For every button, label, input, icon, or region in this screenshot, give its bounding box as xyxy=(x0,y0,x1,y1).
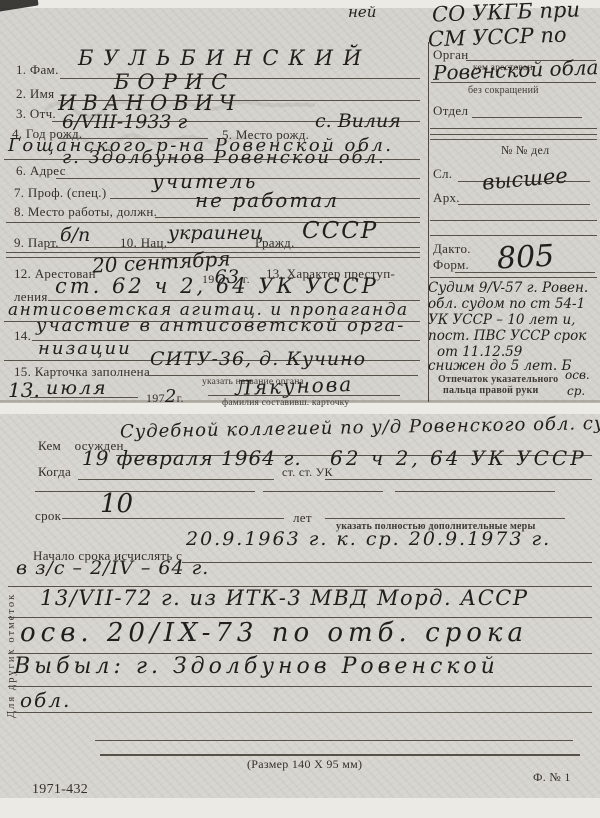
crime-description-line3: низации xyxy=(38,338,132,359)
filled-month-value: июля xyxy=(46,377,108,399)
side-note-other-marks: Для других отметок xyxy=(6,462,17,718)
prior-conviction-note-fragment: ср. xyxy=(567,384,585,398)
citizenship-label: Гражд. xyxy=(255,235,295,251)
rule-line xyxy=(8,686,592,687)
rule-line xyxy=(8,712,592,713)
form-code-handwriting: 805 xyxy=(496,239,555,277)
rule-line xyxy=(431,82,596,83)
rule-line xyxy=(430,128,597,129)
rule-line xyxy=(325,479,592,480)
stray-handwriting: ней xyxy=(348,3,376,21)
articles-label: ст. ст. УК xyxy=(282,465,333,480)
double-rule xyxy=(430,134,597,140)
birth-place-value: с. Вилия xyxy=(315,110,401,132)
term-label: срок xyxy=(35,508,61,524)
organ-hint-no-abbrev: без сокращений xyxy=(468,85,539,96)
rule-line xyxy=(263,491,383,492)
crime-articles-value: ст. 62 ч 2, 64 УК УССР xyxy=(55,274,379,298)
rule-line xyxy=(430,277,597,278)
prior-conviction-note-fragment: осв. xyxy=(565,368,590,382)
prior-conviction-note-line: снижен до 5 лет. Б xyxy=(428,358,571,374)
arh-label: Арх. xyxy=(433,190,460,206)
filled-year-composite: 1972г. xyxy=(146,386,184,407)
birth-date-value: 6/VIII-1933 г xyxy=(62,111,187,133)
rule-line xyxy=(430,235,597,236)
party-label: 9. Парт. xyxy=(14,235,59,251)
first-name-label: 2. Имя xyxy=(16,86,54,102)
case-numbers-label: № № дел xyxy=(501,143,549,158)
otdel-label: Отдел xyxy=(433,103,468,119)
field14-label: 14. xyxy=(14,328,31,344)
when-label: Когда xyxy=(38,464,71,480)
rule-line xyxy=(155,217,420,218)
address-value: г. Здолбунов Ровенской обл. xyxy=(62,147,386,168)
years-label: лет xyxy=(293,510,312,526)
rule-line xyxy=(395,491,555,492)
citizenship-value: СССР xyxy=(302,218,378,244)
rule-line xyxy=(30,397,138,398)
nationality-value: украинец xyxy=(168,222,263,244)
term-note-line1: в з/с – 2/IV – 64 г. xyxy=(16,557,209,579)
column-divider xyxy=(428,42,429,402)
compiler-hint: фамилия составивш. карточку xyxy=(222,398,349,408)
rule-line xyxy=(78,479,274,480)
rule-line xyxy=(35,491,255,492)
address-label: 6. Адрес xyxy=(16,163,66,179)
filled-day-value: 13. xyxy=(8,378,40,402)
rule-line xyxy=(182,562,592,563)
prior-conviction-note-line: пост. ПВС УССР срок xyxy=(428,328,586,344)
rule-line xyxy=(430,220,597,221)
patronymic-label: 3. Отч. xyxy=(16,106,56,122)
printed-year-suffix: г. xyxy=(177,391,184,405)
rule-line xyxy=(325,518,565,519)
articles-value: 62 ч 2, 64 УК УССР xyxy=(330,446,587,470)
prior-conviction-note-line: обл. судом по ст 54-1 xyxy=(428,296,585,312)
card-size-note: (Размер 140 Х 95 мм) xyxy=(247,757,362,772)
rule-line xyxy=(458,204,590,205)
workplace-label: 8. Место работы, должн. xyxy=(14,204,157,220)
prior-conviction-note-line: УК УССР – 10 лет и, xyxy=(428,312,575,328)
term-note-line2: 13/VII-72 г. из ИТК-3 МВД Морд. АССР xyxy=(40,586,528,610)
form-label: Форм. xyxy=(433,257,469,273)
printed-year-prefix: 197 xyxy=(146,391,165,405)
filling-organ-value: СИТУ-36, д. Кучино xyxy=(150,348,366,370)
rule-line xyxy=(455,272,595,273)
rule-line xyxy=(472,117,582,118)
surname-label: 1. Фам. xyxy=(16,62,59,78)
fingerprint-label-line1: Отпечаток указательного xyxy=(438,374,558,385)
scanned-prisoner-card: ней СО УКГБ при СМ УССР по Орган кем аре… xyxy=(0,0,600,818)
term-value: 10 xyxy=(100,489,133,519)
departure-note-line1: Выбыл: г. Здолбунов Ровенской xyxy=(14,654,499,679)
filled-year-handwriting: 2 xyxy=(165,386,177,407)
crime-description-line2: участие в антисоветской орга- xyxy=(36,315,405,336)
party-value: б/п xyxy=(60,224,90,246)
prior-conviction-note-line: Судим 9/V-57 г. Ровен. xyxy=(428,280,588,296)
rule-line xyxy=(62,518,284,519)
profession-label: 7. Проф. (спец.) xyxy=(14,185,106,201)
footer-separator-line xyxy=(100,754,580,756)
nationality-label: 10. Нац. xyxy=(120,235,167,251)
departure-note-line2: обл. xyxy=(20,688,71,712)
term-start-value: 20.9.1963 г. к. ср. 20.9.1973 г. xyxy=(186,528,551,550)
surname-value: БУЛЬБИНСКИЙ xyxy=(78,46,371,70)
rule-line xyxy=(95,740,573,741)
rule-line xyxy=(208,395,400,396)
dakto-label: Дакто. xyxy=(433,241,471,257)
form-reference: Ф. № 1 xyxy=(533,770,571,785)
when-value: 19 февраля 1964 г. xyxy=(82,446,302,470)
fingerprint-label-line2: пальца правой руки xyxy=(443,385,538,396)
rule-line xyxy=(48,247,420,248)
release-note: осв. 20/IX-73 по отб. срока xyxy=(20,618,528,648)
archive-code: 1971-432 xyxy=(32,782,88,798)
workplace-value: не работал xyxy=(195,188,339,212)
sl-label: Сл. xyxy=(433,166,452,182)
